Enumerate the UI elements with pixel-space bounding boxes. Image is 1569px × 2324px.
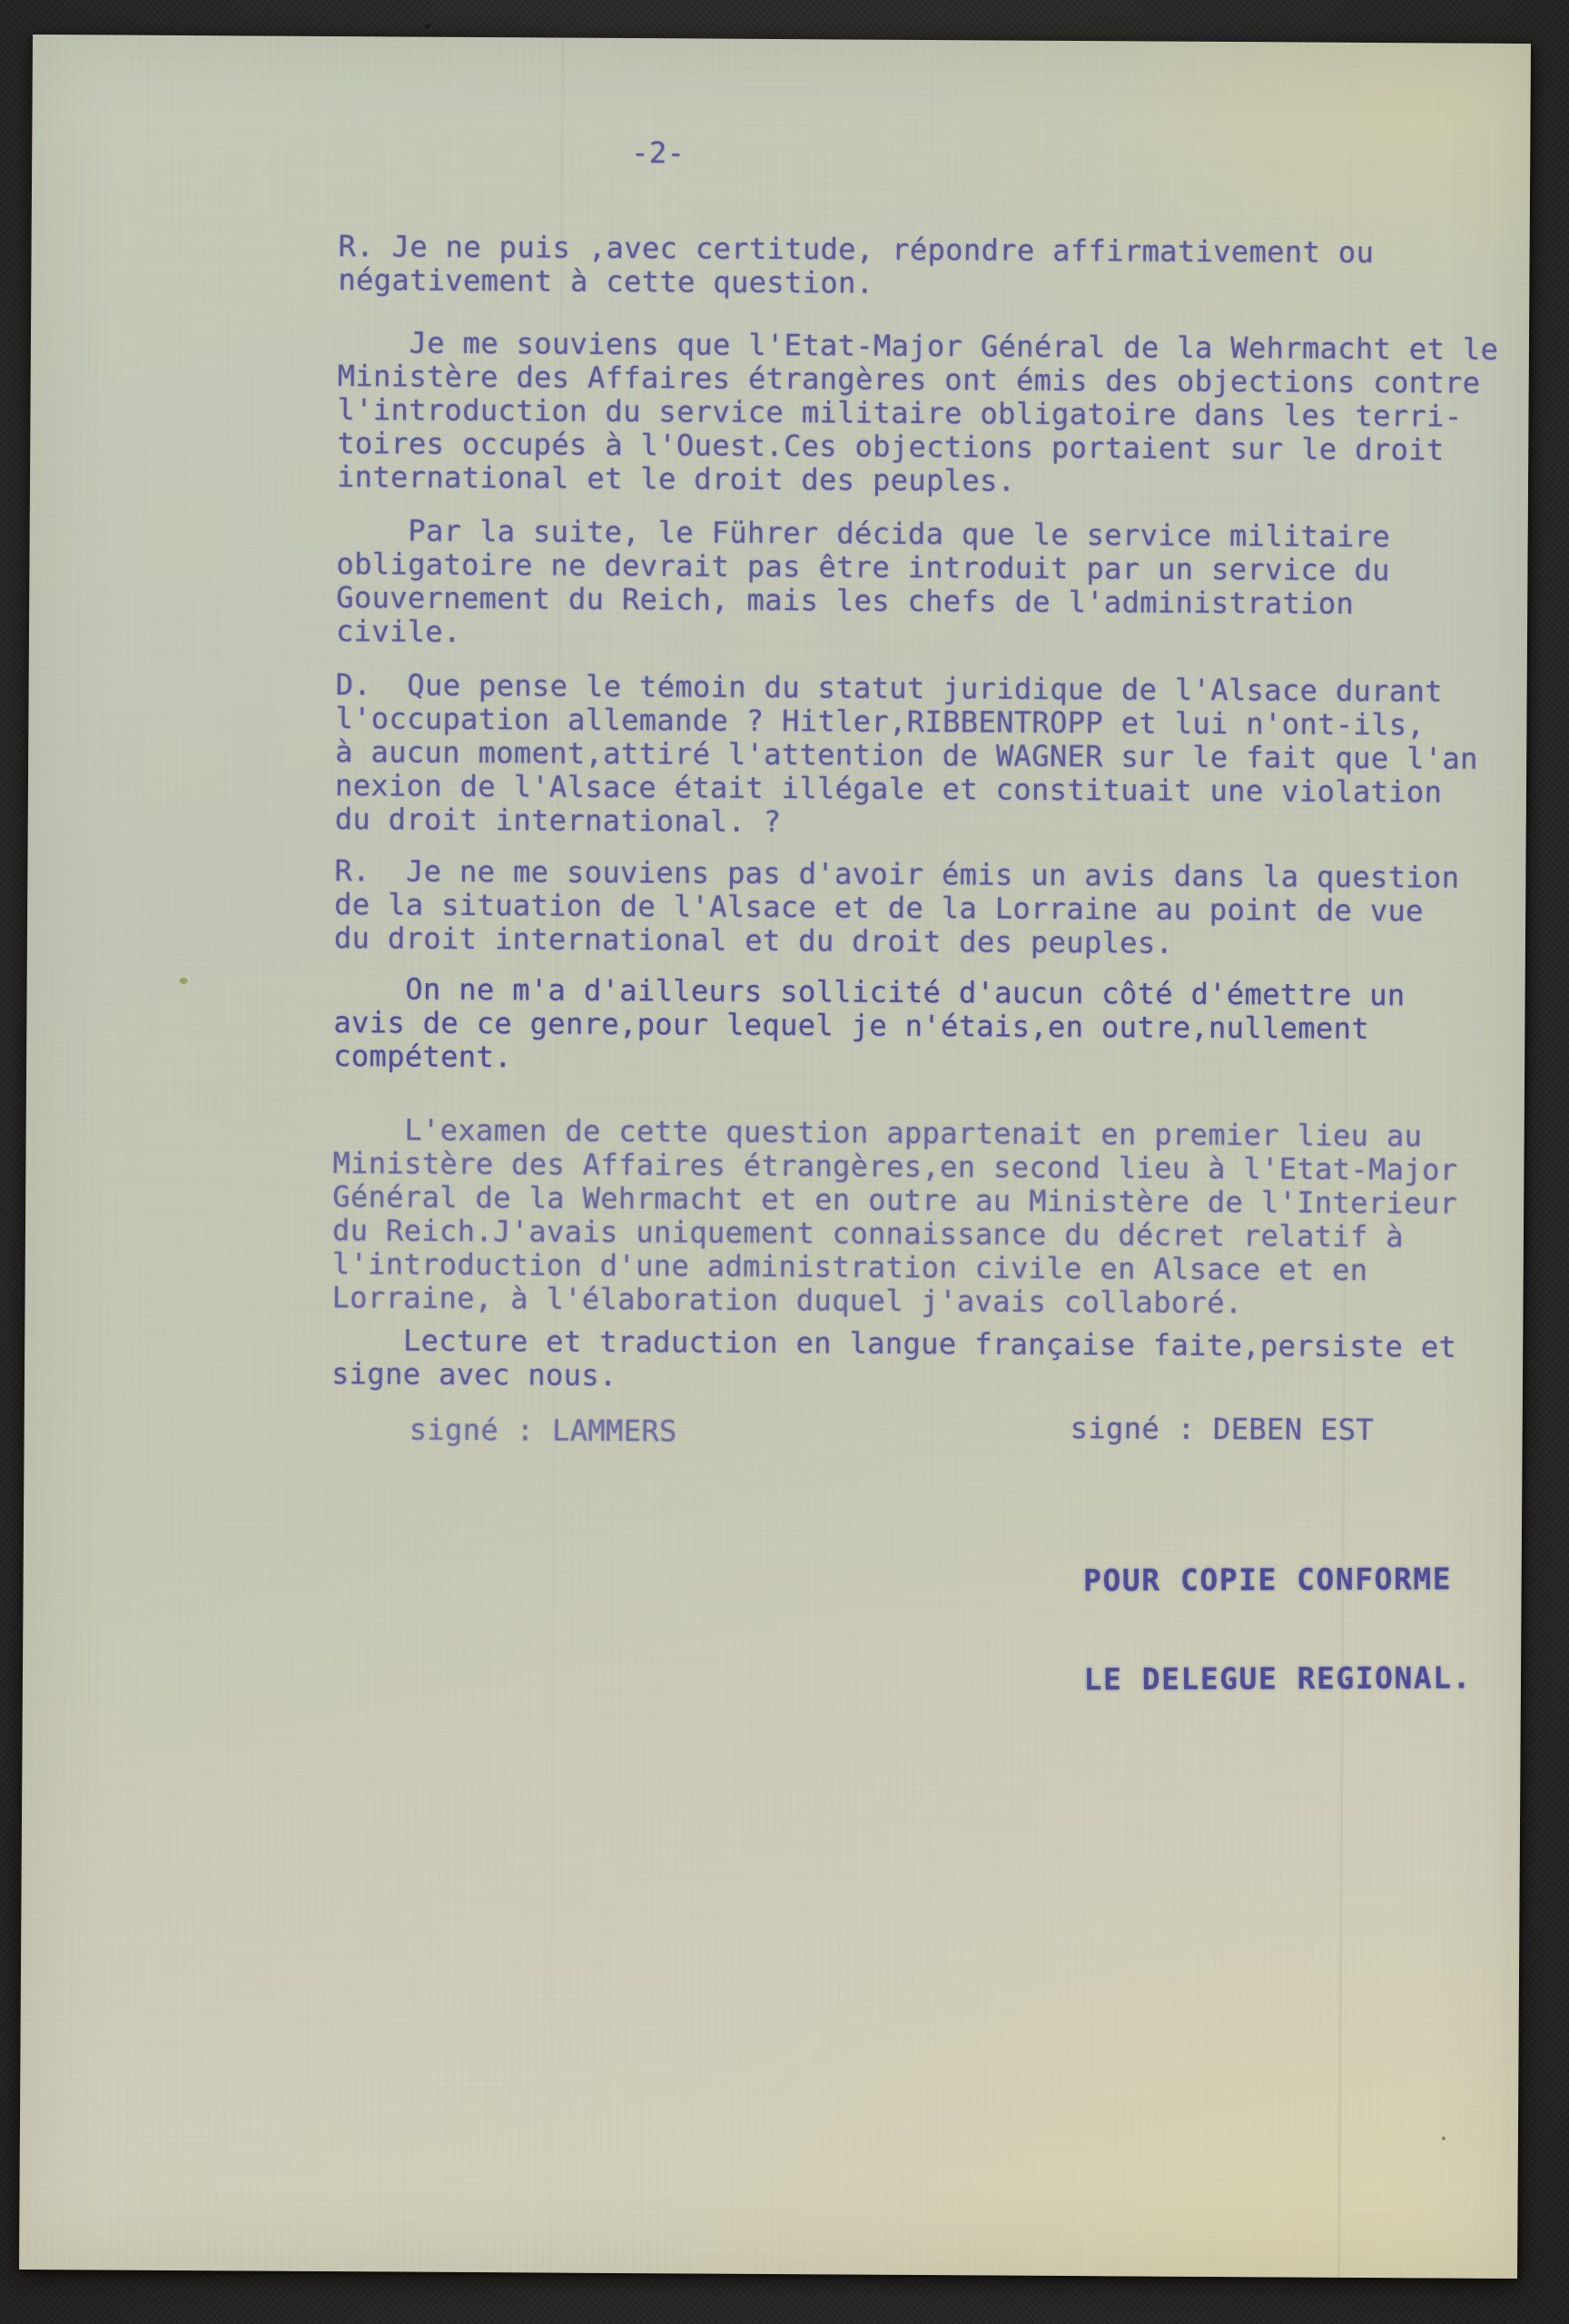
paragraph-fuhrer-decision: Par la suite, le Führer décida que le se…: [336, 514, 1390, 655]
page-number: -2-: [631, 136, 685, 170]
stamp-line-copie-conforme: POUR COPIE CONFORME: [1083, 1562, 1472, 1597]
document-page: -2- R. Je ne puis ,avec certitude, répon…: [19, 34, 1531, 2279]
scanner-background: -2- R. Je ne puis ,avec certitude, répon…: [0, 0, 1569, 2324]
paragraph-answer-certitude: R. Je ne puis ,avec certitude, répondre …: [338, 230, 1374, 303]
certification-stamp: POUR COPIE CONFORME LE DELEGUE REGIONAL.: [1083, 1497, 1473, 1761]
paragraph-lecture-traduction: Lecture et traduction en langue français…: [331, 1324, 1456, 1398]
stamp-line-delegue-regional: LE DELEGUE REGIONAL.: [1083, 1661, 1472, 1696]
paragraph-souviens-objections: Je me souviens que l'Etat-Major Général …: [337, 326, 1498, 501]
signature-debenest: signé : DEBEN EST: [1071, 1412, 1375, 1447]
paragraph-sollicite: On ne m'a d'ailleurs sollicité d'aucun c…: [333, 972, 1406, 1079]
dust-speck: [425, 25, 429, 29]
dust-speck: [1442, 2137, 1446, 2141]
paragraph-examen-question: L'examen de cette question appartenait e…: [331, 1113, 1457, 1322]
paragraph-answer-avis: R. Je ne me souviens pas d'avoir émis un…: [334, 854, 1460, 962]
paper-stain: [180, 978, 188, 984]
paragraph-question-statut-alsace: D. Que pense le témoin du statut juridiq…: [335, 668, 1479, 843]
signature-lammers: signé : LAMMERS: [410, 1413, 677, 1449]
